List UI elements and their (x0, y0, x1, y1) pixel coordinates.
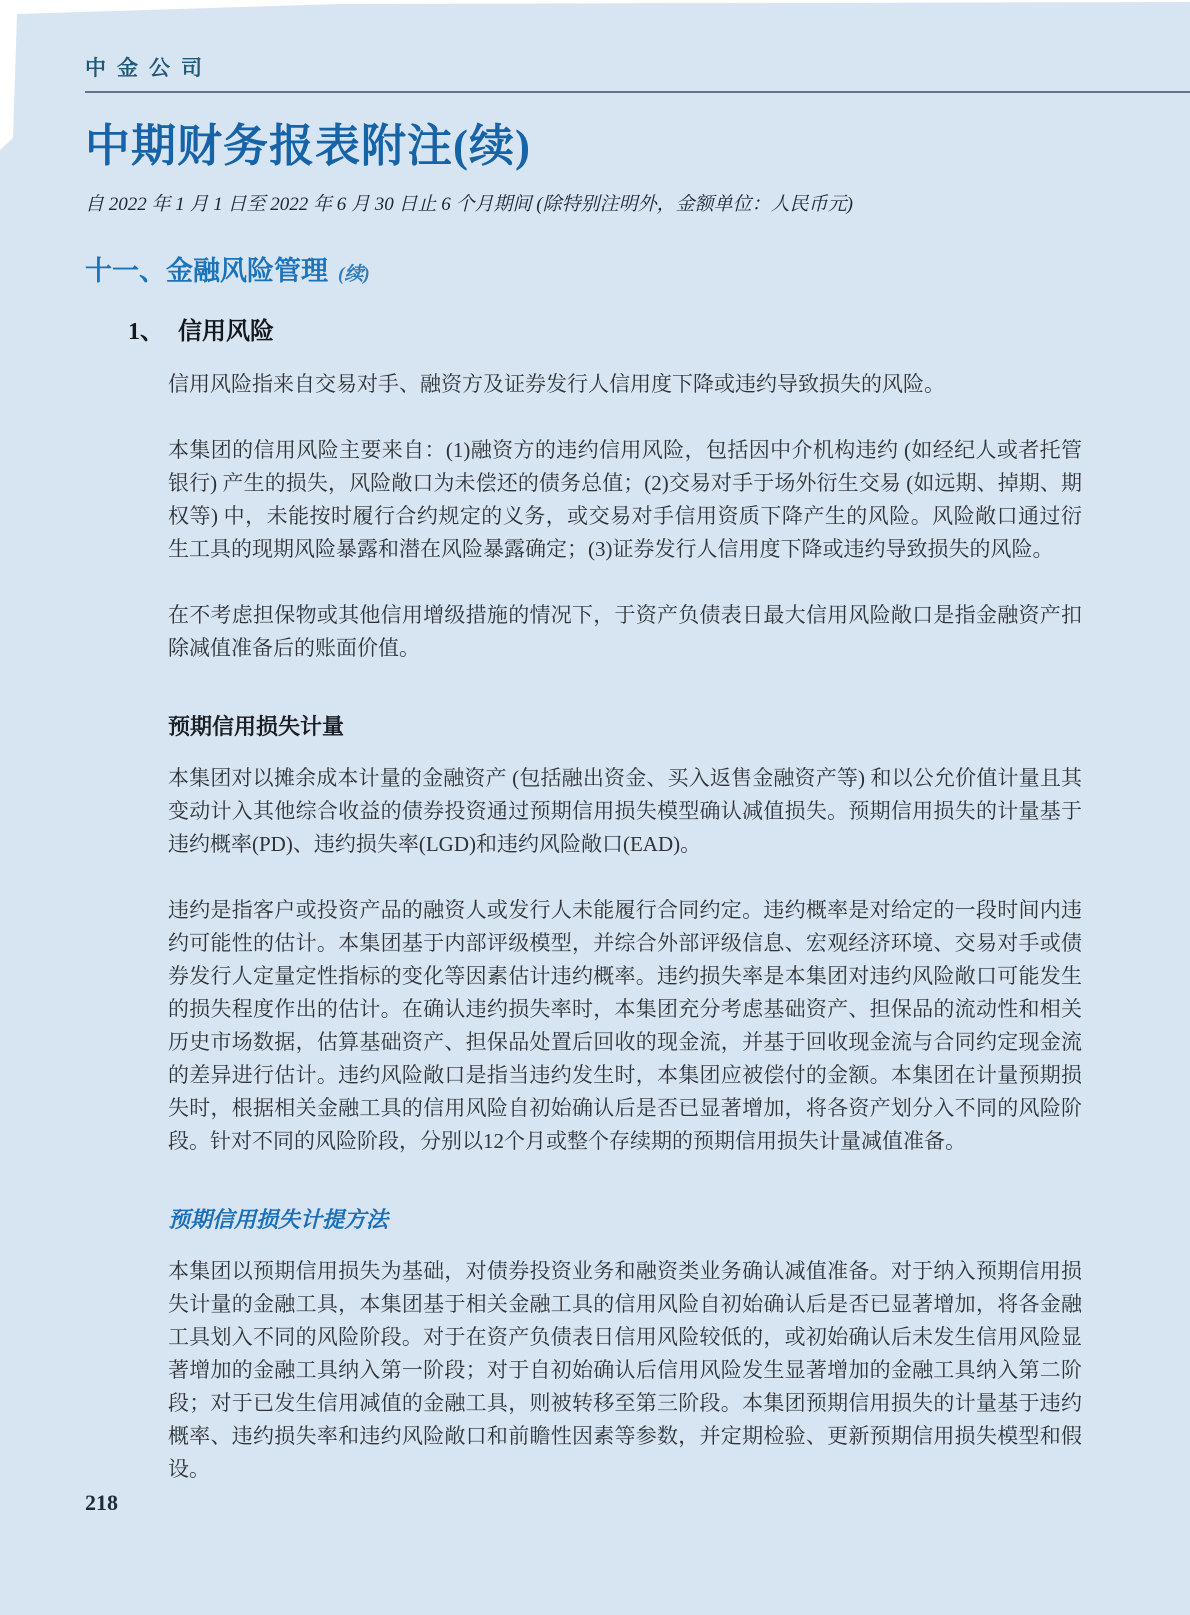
paragraph-ecl-model: 本集团对以摊余成本计量的金融资产 (包括融出资金、买入返售金融资产等) 和以公允… (168, 762, 1082, 861)
document-page: 中金公司 中期财务报表附注(续) 自 2022 年 1 月 1 日至 2022 … (0, 0, 1190, 1615)
heading-ecl-provision-method: 预期信用损失计提方法 (168, 1203, 1082, 1234)
section-heading: 十一、金融风险管理 (续) (85, 249, 1190, 288)
paragraph-default-definitions: 违约是指客户或投资产品的融资人或发行人未能履行合同约定。违约概率是对给定的一段时… (168, 894, 1082, 1158)
document-title: 中期财务报表附注(续) (85, 109, 1190, 174)
subsection-title: 信用风险 (178, 311, 274, 346)
paragraph-ecl-staging: 本集团以预期信用损失为基础，对债券投资业务和融资类业务确认减值准备。对于纳入预期… (168, 1255, 1082, 1486)
paragraph-credit-risk-definition: 信用风险指来自交易对手、融资方及证券发行人信用度下降或违约导致损失的风险。 (168, 368, 1082, 401)
page-header: 中金公司 (0, 0, 1190, 82)
subsection-number: 1、 (128, 311, 178, 346)
company-name: 中金公司 (85, 52, 1190, 82)
document-subtitle: 自 2022 年 1 月 1 日至 2022 年 6 月 30 日止 6 个月期… (85, 189, 1190, 216)
subsection-heading: 1、 信用风险 (128, 311, 1190, 346)
paragraph-max-exposure: 在不考虑担保物或其他信用增级措施的情况下，于资产负债表日最大信用风险敞口是指金融… (168, 599, 1082, 665)
header-divider (85, 91, 1190, 93)
paragraph-credit-risk-sources: 本集团的信用风险主要来自：(1)融资方的违约信用风险，包括因中介机构违约 (如经… (168, 434, 1082, 566)
body-content: 信用风险指来自交易对手、融资方及证券发行人信用度下降或违约导致损失的风险。 本集… (168, 368, 1082, 1486)
heading-ecl-measurement: 预期信用损失计量 (168, 710, 1082, 741)
section-title: 十一、金融风险管理 (85, 249, 328, 288)
page-number: 218 (85, 1490, 118, 1516)
section-continued-label: (续) (338, 259, 370, 286)
